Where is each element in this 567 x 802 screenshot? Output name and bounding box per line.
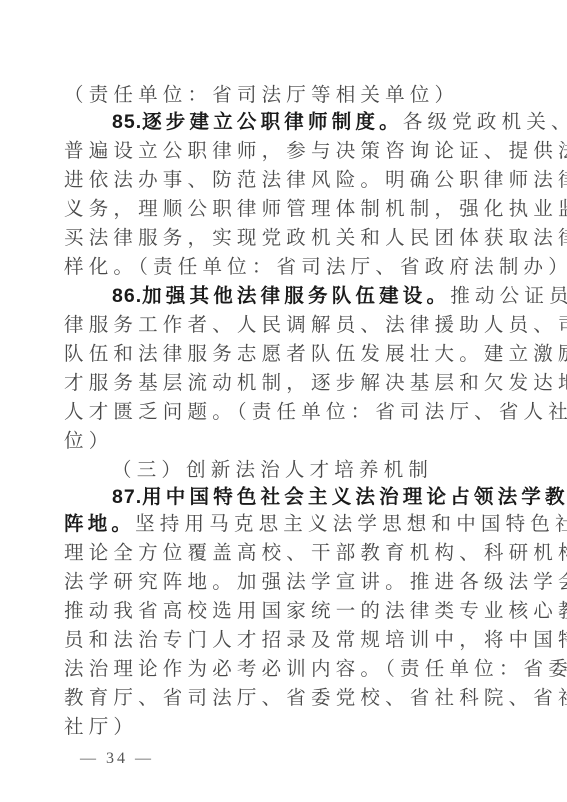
paragraph-line: 位）	[64, 428, 496, 454]
text: 推动我省高校选用国家统一的法律类专业核心教材。在公务	[64, 599, 567, 622]
item-title: 逐步建立公职律师制度。	[142, 110, 403, 133]
paragraph-line: 员和法治专门人才招录及常规培训中，将中国特色社会主义	[64, 627, 496, 653]
text: 义务，理顺公职律师管理体制机制，强化执业监管。探索购	[64, 197, 567, 220]
item-86-heading: 86.加强其他法律服务队伍建设。推动公证员、基层法	[112, 283, 496, 309]
paragraph-line: 样化。（责任单位：省司法厅、省政府法制办）	[64, 254, 496, 280]
text: 买法律服务，实现党政机关和人民团体获取法律服务方式多	[64, 226, 567, 249]
paragraph-line: 普遍设立公职律师，参与决策咨询论证、提供法律意见、促	[64, 138, 496, 164]
text: 理论全方位覆盖高校、干部教育机构、科研机构法学教育和	[64, 541, 567, 564]
text: 法学研究阵地。加强法学宣讲。推进各级法学会阵地建设。	[64, 570, 567, 593]
item-85-heading: 85.逐步建立公职律师制度。各级党政机关、人民团体	[112, 109, 496, 135]
item-title: 加强其他法律服务队伍建设。	[142, 284, 450, 307]
page-number: — 34 —	[80, 750, 154, 768]
paragraph-line: 推动我省高校选用国家统一的法律类专业核心教材。在公务	[64, 598, 496, 624]
paragraph-line: 律服务工作者、人民调解员、法律援助人员、司法鉴定人员	[64, 312, 496, 338]
text: 坚持用马克思主义法学思想和中国特色社会主义法治	[135, 512, 567, 535]
paragraph-line	[64, 402, 496, 428]
text: 队伍和法律服务志愿者队伍发展壮大。建立激励法律服务人	[64, 342, 567, 365]
paragraph-line: 理论全方位覆盖高校、干部教育机构、科研机构法学教育和	[64, 540, 496, 566]
paragraph-line: 阵地。坚持用马克思主义法学思想和中国特色社会主义法治	[64, 511, 496, 537]
text: 样化。（责任单位：省司法厅、省政府法制办）	[64, 255, 567, 278]
item-number: 86.	[112, 285, 142, 307]
paragraph-line: 社厅）	[64, 714, 496, 740]
text: 推动公证员、基层法	[450, 284, 567, 307]
item-title-cont: 阵地。	[64, 512, 135, 535]
paragraph-line: 法治理论作为必考必训内容。（责任单位：省委宣传部、省	[64, 656, 496, 682]
paragraph-line: 法学研究阵地。加强法学宣讲。推进各级法学会阵地建设。	[64, 569, 496, 595]
text: 员和法治专门人才招录及常规培训中，将中国特色社会主义	[64, 628, 567, 651]
text: 各级党政机关、人民团体	[403, 110, 567, 133]
responsibility-note-84: （责任单位：省司法厅等相关单位）	[64, 82, 496, 108]
text: 位）	[64, 429, 113, 452]
item-number: 85.	[112, 111, 142, 133]
section-heading: （三）创新法治人才培养机制	[112, 457, 496, 483]
text: 法治理论作为必考必训内容。（责任单位：省委宣传部、省	[64, 657, 567, 680]
paragraph-line: 进依法办事、防范法律风险。明确公职律师法律地位及权利	[64, 167, 496, 193]
item-87-heading: 87.用中国特色社会主义法治理论占领法学教育和研究	[112, 484, 496, 510]
text: （责任单位：省司法厅等相关单位）	[64, 83, 459, 106]
text: 社厅）	[64, 715, 138, 738]
section-title: （三）创新法治人才培养机制	[112, 458, 433, 481]
text: 进依法办事、防范法律风险。明确公职律师法律地位及权利	[64, 168, 567, 191]
text: 律服务工作者、人民调解员、法律援助人员、司法鉴定人员	[64, 313, 567, 336]
text: 普遍设立公职律师，参与决策咨询论证、提供法律意见、促	[64, 139, 567, 162]
paragraph-line: 买法律服务，实现党政机关和人民团体获取法律服务方式多	[64, 225, 496, 251]
item-number: 87.	[112, 486, 142, 508]
text: 教育厅、省司法厅、省委党校、省社科院、省社科联、省人	[64, 686, 567, 709]
text: 才服务基层流动机制，逐步解决基层和欠发达地区法律服务	[64, 371, 567, 394]
item-title: 用中国特色社会主义法治理论占领法学教育和研究	[142, 485, 567, 508]
document-page: （责任单位：省司法厅等相关单位） 85.逐步建立公职律师制度。各级党政机关、人民…	[0, 0, 567, 802]
paragraph-line: 义务，理顺公职律师管理体制机制，强化执业监管。探索购	[64, 196, 496, 222]
paragraph-line: 教育厅、省司法厅、省委党校、省社科院、省社科联、省人	[64, 685, 496, 711]
paragraph-line: 才服务基层流动机制，逐步解决基层和欠发达地区法律服务	[64, 370, 496, 396]
paragraph-line: 队伍和法律服务志愿者队伍发展壮大。建立激励法律服务人	[64, 341, 496, 367]
